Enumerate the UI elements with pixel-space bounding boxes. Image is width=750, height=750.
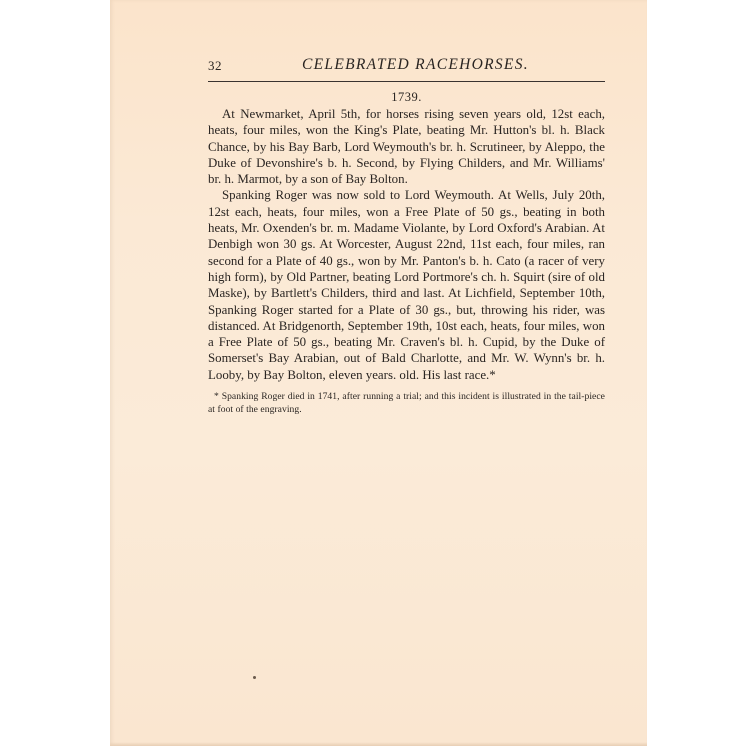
- running-title: CELEBRATED RACEHORSES.: [302, 56, 529, 74]
- body-text: At Newmarket, April 5th, for horses risi…: [208, 106, 605, 383]
- paper-speck: [253, 676, 256, 679]
- header-rule: [208, 81, 605, 82]
- section-year-heading: 1739.: [208, 90, 605, 106]
- paragraph-newmarket: At Newmarket, April 5th, for horses risi…: [208, 106, 605, 187]
- page-number: 32: [208, 58, 222, 74]
- paragraph-spanking-roger-sold: Spanking Roger was now sold to Lord Weym…: [208, 187, 605, 383]
- text-column: 32 CELEBRATED RACEHORSES. 1739. At Newma…: [208, 56, 605, 416]
- book-page: 32 CELEBRATED RACEHORSES. 1739. At Newma…: [110, 0, 647, 746]
- footnote: * Spanking Roger died in 1741, after run…: [208, 391, 605, 416]
- page-header: 32 CELEBRATED RACEHORSES.: [208, 56, 605, 78]
